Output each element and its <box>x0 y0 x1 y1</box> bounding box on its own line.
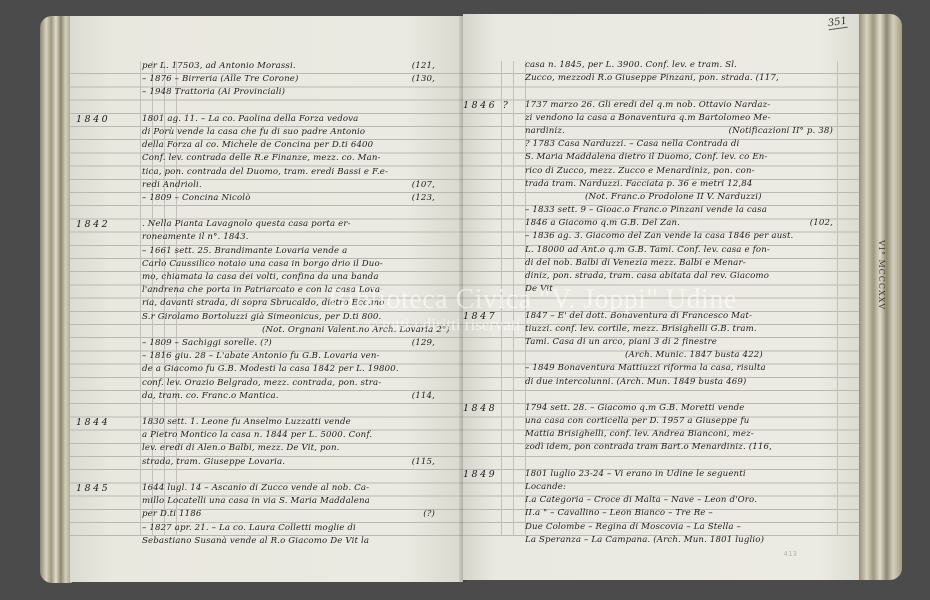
entry-text: della Forza al co. Michele de Concina pe… <box>142 140 373 150</box>
entry-line: – 1849 Bonaventura Mattiuzzi riforma la … <box>525 362 833 375</box>
entry-reference: (?) <box>423 508 435 521</box>
entry-line: zi vendono la casa a Bonaventura q.m Bar… <box>525 112 833 125</box>
right-page-entries: casa n. 1845, per L. 3900. Conf. lev. e … <box>525 59 833 547</box>
book-page-edges-left <box>40 16 72 583</box>
entry-line: – 1816 giu. 28 – L'abate Antonio fu G.B.… <box>142 350 435 363</box>
entry-text: – 1849 Bonaventura Mattiuzzi riforma la … <box>525 363 766 373</box>
ledger-entry: 18481794 sett. 28. – Giacomo q.m G.B. Mo… <box>525 402 833 455</box>
entry-line: de a Giacomo fu G.B. Modesti la casa 184… <box>142 363 435 376</box>
ledger-entry: per L. 17503, ad Antonio Morassi.(121,– … <box>142 60 435 100</box>
entry-line: Tami. Casa di un arco, piani 3 di 2 fine… <box>525 336 833 349</box>
page-number: 351 <box>827 16 848 31</box>
entry-reference: (114, <box>412 390 435 403</box>
entry-text: II.a " – Cavallino – Leon Bianco – Tre R… <box>525 508 713 518</box>
entry-line: – 1827 apr. 21. – La co. Laura Colletti … <box>142 522 435 535</box>
entry-text: Conf. lev. contrada delle R.e Finanze, m… <box>142 153 381 163</box>
margin-line <box>501 61 502 536</box>
entry-text: Sebastiano Susanà vende al R.o Giacomo D… <box>142 536 369 546</box>
entry-line: De Vit <box>525 283 833 296</box>
entry-line: a Pietro Montico la casa n. 1844 per L. … <box>142 429 435 442</box>
entry-reference: (107, <box>412 179 435 192</box>
entry-year: 1847 <box>463 310 497 323</box>
entry-line: (Arch. Munic. 1847 busta 422) <box>525 349 833 362</box>
entry-text: una casa con corticella per D. 1957 a Gi… <box>525 416 749 426</box>
entry-line: 1801 luglio 23-24 – Vi erano in Udine le… <box>525 468 833 481</box>
entry-line: Sebastiano Susanà vende al R.o Giacomo D… <box>142 535 435 548</box>
ledger-entry: 18471847 – E' del dott. Bonaventura di F… <box>525 310 833 389</box>
left-page: per L. 17503, ad Antonio Morassi.(121,– … <box>70 16 463 582</box>
entry-text: rico di Zucco, mezz. Zucco e Menardiniz,… <box>525 166 755 176</box>
ledger-entry: casa n. 1845, per L. 3900. Conf. lev. e … <box>525 59 833 85</box>
entry-line: Zucco, mezzodì R.o Giuseppe Pinzani, pon… <box>525 72 833 85</box>
ledger-entry: 18441830 sett. 1. Leone fu Anselmo Luzza… <box>142 416 435 469</box>
entry-year: 1845 <box>76 482 110 495</box>
entry-line: tica, pon. contrada del Duomo, tram. ere… <box>142 166 435 179</box>
entry-text: – 1833 sett. 9 – Gioac.o Franc.o Pinzani… <box>525 205 767 215</box>
entry-text: (Not. Franc.o Prodolone II V. Narduzzi) <box>585 192 762 202</box>
entry-text: di Porù vende la casa che fu di suo padr… <box>142 127 365 137</box>
entry-reference: (123, <box>412 192 435 205</box>
entry-reference: (Notificazioni II° p. 38) <box>729 125 833 138</box>
entry-text: Due Colombe – Regina di Moscovia – La St… <box>525 522 741 532</box>
entry-text: 1794 sett. 28. – Giacomo q.m G.B. Morett… <box>525 403 745 413</box>
entry-text: La Speranza – La Campana. (Arch. Mun. 18… <box>525 535 764 545</box>
entry-text: tica, pon. contrada del Duomo, tram. ere… <box>142 167 388 177</box>
entry-text: 1847 – E' del dott. Bonaventura di Franc… <box>525 311 752 321</box>
entry-text: di del nob. Balbi di Venezia mezz. Balbi… <box>525 258 746 268</box>
entry-text: L. 18000 ad Ant.o q.m G.B. Tami. Conf. l… <box>525 245 770 255</box>
entry-line: 1847 – E' del dott. Bonaventura di Franc… <box>525 310 833 323</box>
entry-reference: (102, <box>810 217 833 230</box>
entry-text: conf. lev. Orazio Belgrado, mezz. contra… <box>142 378 381 388</box>
margin-line <box>837 61 838 536</box>
ledger-entry: 18451644 lugl. 14 – Ascanio di Zucco ven… <box>142 482 435 548</box>
entry-line: roneamente il n°. 1843. <box>142 231 435 244</box>
entry-line: 1846 a Giacomo q.m G.B. Del Zan.(102, <box>525 217 833 230</box>
entry-year: 1842 <box>76 218 110 231</box>
entry-text: Mattia Brisighelli, conf. lev. Andrea Bi… <box>525 429 754 439</box>
entry-line: rico di Zucco, mezz. Zucco e Menardiniz,… <box>525 165 833 178</box>
entry-text: casa n. 1845, per L. 3900. Conf. lev. e … <box>525 60 737 70</box>
entry-text: ? 1783 Casa Narduzzi. – Casa nella Contr… <box>525 139 739 149</box>
entry-text: . Nella Pianta Lavagnolo questa casa por… <box>142 219 351 229</box>
entry-reference: (121, <box>412 60 435 73</box>
entry-line: II.a " – Cavallino – Leon Bianco – Tre R… <box>525 507 833 520</box>
entry-text: 1644 lugl. 14 – Ascanio di Zucco vende a… <box>142 483 369 493</box>
left-page-entries: per L. 17503, ad Antonio Morassi.(121,– … <box>142 60 435 548</box>
entry-text: ria, davanti strada, di sopra Sbrucaldo,… <box>142 298 384 308</box>
entry-line: da, tram. co. Franc.o Mantica.(114, <box>142 390 435 403</box>
entry-year: 1846 ? <box>463 99 510 112</box>
entry-line: 1830 sett. 1. Leone fu Anselmo Luzzatti … <box>142 416 435 429</box>
entry-text: de a Giacomo fu G.B. Modesti la casa 184… <box>142 364 399 374</box>
entry-line: di due intercolunni. (Arch. Mun. 1849 bu… <box>525 376 833 389</box>
entry-line: mo, chiamata la casa dei volti, confina … <box>142 271 435 284</box>
entry-line: Due Colombe – Regina di Moscovia – La St… <box>525 521 833 534</box>
entry-text: 1801 ag. 11. – La co. Paolina della Forz… <box>142 114 358 124</box>
entry-text: nardiniz. <box>525 126 565 136</box>
entry-text: l'andrena che porta in Patriarcato e con… <box>142 285 383 295</box>
entry-line: 1801 ag. 11. – La co. Paolina della Forz… <box>142 113 435 126</box>
entry-text: – 1827 apr. 21. – La co. Laura Colletti … <box>142 523 356 533</box>
entry-text: per L. 17503, ad Antonio Morassi. <box>142 61 296 71</box>
ledger-entry: 18491801 luglio 23-24 – Vi erano in Udin… <box>525 468 833 547</box>
entry-line: (Not. Franc.o Prodolone II V. Narduzzi) <box>525 191 833 204</box>
entry-text: Locande: <box>525 482 566 492</box>
entry-text: S. Maria Maddalena dietro il Duomo, Conf… <box>525 152 768 162</box>
entry-line: lev. eredi di Alen.o Balbi, mezz. De Vit… <box>142 442 435 455</box>
entry-text: – 1809 – Concina Nicolò <box>142 193 251 203</box>
entry-line: – 1809 – Sachiggi sorelle. (?)(129, <box>142 337 435 350</box>
entry-text: – 1661 sett. 25. Brandimante Lovaria ven… <box>142 246 347 256</box>
entry-line: – 1661 sett. 25. Brandimante Lovaria ven… <box>142 245 435 258</box>
entry-text: S.r Girolamo Bortoluzzi già Simeonicus, … <box>142 312 381 322</box>
margin-line <box>140 61 141 536</box>
entry-line: 1737 marzo 26. Gli eredi del q.m nob. Ot… <box>525 99 833 112</box>
entry-line: strada, tram. Giuseppe Lovaria.(115, <box>142 456 435 469</box>
entry-text: tiuzzi. conf. lev. cortile, mezz. Brisig… <box>525 324 757 334</box>
entry-text: mo, chiamata la casa dei volti, confina … <box>142 272 379 282</box>
entry-text: zi vendono la casa a Bonaventura q.m Bar… <box>525 113 771 123</box>
entry-line: Conf. lev. contrada delle R.e Finanze, m… <box>142 152 435 165</box>
entry-year: 1848 <box>463 402 497 415</box>
entry-line: Locande: <box>525 481 833 494</box>
entry-text: millo Locatelli una casa in via S. Maria… <box>142 496 370 506</box>
entry-line: – 1836 ag. 3. Giacomo del Zan vende la c… <box>525 230 833 243</box>
entry-text: – 1809 – Sachiggi sorelle. (?) <box>142 338 272 348</box>
entry-text: 1801 luglio 23-24 – Vi erano in Udine le… <box>525 469 746 479</box>
entry-line: S. Maria Maddalena dietro il Duomo, Conf… <box>525 151 833 164</box>
entry-text: lev. eredi di Alen.o Balbi, mezz. De Vit… <box>142 443 340 453</box>
entry-line: diniz, pon. strada, tram. casa abitata d… <box>525 270 833 283</box>
ledger-entry: 1846 ?1737 marzo 26. Gli eredi del q.m n… <box>525 99 833 297</box>
spine-label: VI° MCCCXXV <box>877 240 886 310</box>
entry-text: diniz, pon. strada, tram. casa abitata d… <box>525 271 769 281</box>
entry-line: ria, davanti strada, di sopra Sbrucaldo,… <box>142 297 435 310</box>
entry-line: – 1876 – Birreria (Alle Tre Corone)(130, <box>142 73 435 86</box>
entry-year: 1844 <box>76 416 110 429</box>
entry-line: Mattia Brisighelli, conf. lev. Andrea Bi… <box>525 428 833 441</box>
entry-text: 1830 sett. 1. Leone fu Anselmo Luzzatti … <box>142 417 351 427</box>
entry-text: roneamente il n°. 1843. <box>142 232 249 242</box>
entry-line: l'andrena che porta in Patriarcato e con… <box>142 284 435 297</box>
entry-line: una casa con corticella per D. 1957 a Gi… <box>525 415 833 428</box>
entry-line: zodì idem, pon contrada tram Bart.o Mena… <box>525 441 833 454</box>
entry-line: ? 1783 Casa Narduzzi. – Casa nella Contr… <box>525 138 833 151</box>
entry-line: 1644 lugl. 14 – Ascanio di Zucco vende a… <box>142 482 435 495</box>
entry-line: – 1948 Trattoria (Ai Provinciali) <box>142 86 435 99</box>
entry-line: Carlo Caussilico notaio una casa in borg… <box>142 258 435 271</box>
entry-year: 1849 <box>463 468 497 481</box>
entry-year: 1840 <box>76 113 110 126</box>
entry-line: – 1833 sett. 9 – Gioac.o Franc.o Pinzani… <box>525 204 833 217</box>
entry-line: per D.ti 1186(?) <box>142 508 435 521</box>
entry-line: trada tram. Narduzzi. Facciata p. 36 e m… <box>525 178 833 191</box>
entry-line: casa n. 1845, per L. 3900. Conf. lev. e … <box>525 59 833 72</box>
entry-line: 1794 sett. 28. – Giacomo q.m G.B. Morett… <box>525 402 833 415</box>
entry-text: a Pietro Montico la casa n. 1844 per L. … <box>142 430 372 440</box>
entry-line: La Speranza – La Campana. (Arch. Mun. 18… <box>525 534 833 547</box>
entry-line: di del nob. Balbi di Venezia mezz. Balbi… <box>525 257 833 270</box>
margin-line <box>513 61 514 536</box>
entry-line: . Nella Pianta Lavagnolo questa casa por… <box>142 218 435 231</box>
entry-line: S.r Girolamo Bortoluzzi già Simeonicus, … <box>142 311 435 324</box>
entry-text: – 1948 Trattoria (Ai Provinciali) <box>142 87 285 97</box>
entry-reference: (129, <box>412 337 435 350</box>
entry-line: conf. lev. Orazio Belgrado, mezz. contra… <box>142 377 435 390</box>
right-page: 351 casa n. 1845, per L. 3900. Conf. lev… <box>463 14 859 580</box>
entry-text: zodì idem, pon contrada tram Bart.o Mena… <box>525 442 772 452</box>
entry-line: redi Andrioli.(107, <box>142 179 435 192</box>
entry-reference: (115, <box>412 456 435 469</box>
entry-text: (Not. Orgnani Valent.no Arch. Lovaria 2°… <box>262 325 450 335</box>
entry-line: – 1809 – Concina Nicolò(123, <box>142 192 435 205</box>
entry-line: (Not. Orgnani Valent.no Arch. Lovaria 2°… <box>142 324 435 337</box>
entry-reference: (130, <box>412 73 435 86</box>
entry-line: per L. 17503, ad Antonio Morassi.(121, <box>142 60 435 73</box>
entry-line: di Porù vende la casa che fu di suo padr… <box>142 126 435 139</box>
entry-text: – 1816 giu. 28 – L'abate Antonio fu G.B.… <box>142 351 380 361</box>
archive-stamp-number: 413 <box>784 550 797 558</box>
entry-line: I.a Categoria – Croce di Malta – Nave – … <box>525 494 833 507</box>
entry-text: 1846 a Giacomo q.m G.B. Del Zan. <box>525 218 680 228</box>
entry-text: per D.ti 1186 <box>142 509 202 519</box>
entry-text: da, tram. co. Franc.o Mantica. <box>142 391 279 401</box>
entry-line: tiuzzi. conf. lev. cortile, mezz. Brisig… <box>525 323 833 336</box>
entry-text: – 1876 – Birreria (Alle Tre Corone) <box>142 74 299 84</box>
entry-text: di due intercolunni. (Arch. Mun. 1849 bu… <box>525 377 746 387</box>
entry-line: della Forza al co. Michele de Concina pe… <box>142 139 435 152</box>
entry-text: Carlo Caussilico notaio una casa in borg… <box>142 259 383 269</box>
entry-text: Zucco, mezzodì R.o Giuseppe Pinzani, pon… <box>525 73 779 83</box>
entry-text: De Vit <box>525 284 553 294</box>
entry-text: I.a Categoria – Croce di Malta – Nave – … <box>525 495 757 505</box>
entry-text: 1737 marzo 26. Gli eredi del q.m nob. Ot… <box>525 100 770 110</box>
entry-line: nardiniz.(Notificazioni II° p. 38) <box>525 125 833 138</box>
entry-text: (Arch. Munic. 1847 busta 422) <box>625 350 763 360</box>
entry-text: Tami. Casa di un arco, piani 3 di 2 fine… <box>525 337 717 347</box>
ledger-entry: 1842. Nella Pianta Lavagnolo questa casa… <box>142 218 435 403</box>
entry-line: L. 18000 ad Ant.o q.m G.B. Tami. Conf. l… <box>525 244 833 257</box>
entry-text: – 1836 ag. 3. Giacomo del Zan vende la c… <box>525 231 793 241</box>
entry-line: millo Locatelli una casa in via S. Maria… <box>142 495 435 508</box>
entry-text: trada tram. Narduzzi. Facciata p. 36 e m… <box>525 179 753 189</box>
ledger-entry: 18401801 ag. 11. – La co. Paolina della … <box>142 113 435 205</box>
entry-text: strada, tram. Giuseppe Lovaria. <box>142 457 285 467</box>
entry-text: redi Andrioli. <box>142 180 202 190</box>
